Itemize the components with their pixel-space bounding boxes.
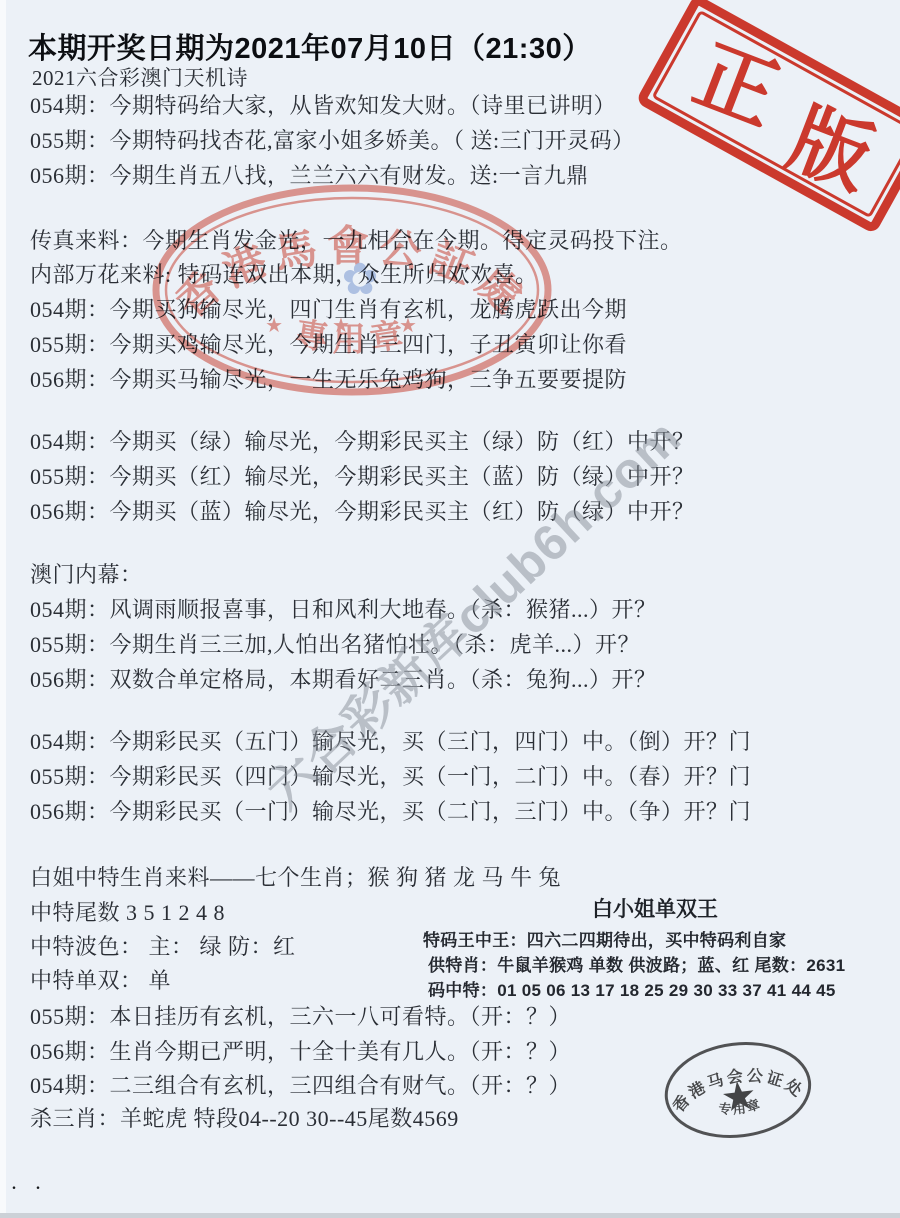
final-line: 杀三肖：羊蛇虎 特段04--20 30--45尾数4569 bbox=[30, 1107, 459, 1131]
poem-line: 054期：今期特码给大家，从皆欢知发大财。（诗里已讲明） bbox=[30, 94, 616, 118]
baixiaojie-line: 码中特：01 05 06 13 17 18 25 29 30 33 37 41 … bbox=[428, 976, 836, 1001]
poem-line: 055期：今期特码找杏花,富家小姐多娇美。（ 送:三门开灵码） bbox=[30, 129, 635, 153]
door-line: 056期：今期彩民买（一门）输尽光，买（二门，三门）中。（争）开？门 bbox=[30, 800, 751, 824]
baixiaojie-title: 白小姐单双王 bbox=[420, 893, 890, 923]
baixiaojie-line: 特码王中王：四六二四期待出，买中特码利自家 bbox=[423, 926, 786, 951]
subtitle: 2021六合彩澳门天机诗 bbox=[32, 66, 248, 90]
door-line: 055期：今期彩民买（四门）输尽光，买（一门，二门）中。（春）开？门 bbox=[30, 765, 751, 789]
neimu-header: 澳门内幕： bbox=[30, 563, 143, 587]
baijie-line: 中特波色： 主： 绿 防：红 bbox=[30, 935, 296, 959]
baijie-line: 中特单双： 单 bbox=[30, 969, 171, 993]
left-margin bbox=[0, 0, 6, 1218]
oval-notary-stamp: 香港马会公证处 ★ 专用章 bbox=[652, 1029, 824, 1153]
neimu-line: 054期：风调雨顺报喜事，日和风利大地春。（杀：猴猪...）开？ bbox=[30, 598, 657, 622]
baixiaojie-line: 供特肖：牛鼠羊猴鸡 单数 供波路；蓝、红 尾数：2631 bbox=[428, 951, 845, 976]
stamp-flower-emblem-icon: ✿ bbox=[342, 255, 379, 304]
neimu-line: 055期：今期生肖三三加,人怕出名猪怕壮。（杀：虎羊...）开？ bbox=[30, 633, 640, 657]
final-line: 055期：本日挂历有玄机，三六一八可看特。（开：？） bbox=[30, 1005, 571, 1029]
final-line: 054期：二三组合有玄机，三四组合有财气。（开：？） bbox=[30, 1074, 571, 1098]
final-line: 056期：生肖今期已严明，十全十美有几人。（开：？） bbox=[30, 1040, 571, 1064]
bottom-strip bbox=[0, 1213, 900, 1218]
lottery-tip-sheet: 本期开奖日期为2021年07月10日（21:30） 2021六合彩澳门天机诗 0… bbox=[0, 0, 900, 1218]
zhengban-stamp: 正 版 bbox=[635, 0, 900, 235]
baijie-line: 中特尾数 3 5 1 2 4 8 bbox=[30, 901, 225, 925]
footer-dots: . . bbox=[12, 1176, 48, 1194]
round-red-stamp: 香港馬會公証處 ✿ ★ ★ ★ 專用章 bbox=[150, 182, 560, 400]
baijie-line: 白姐中特生肖来料——七个生肖；猴 狗 猪 龙 马 牛 兔 bbox=[30, 866, 561, 890]
page-title: 本期开奖日期为2021年07月10日（21:30） bbox=[28, 26, 592, 67]
